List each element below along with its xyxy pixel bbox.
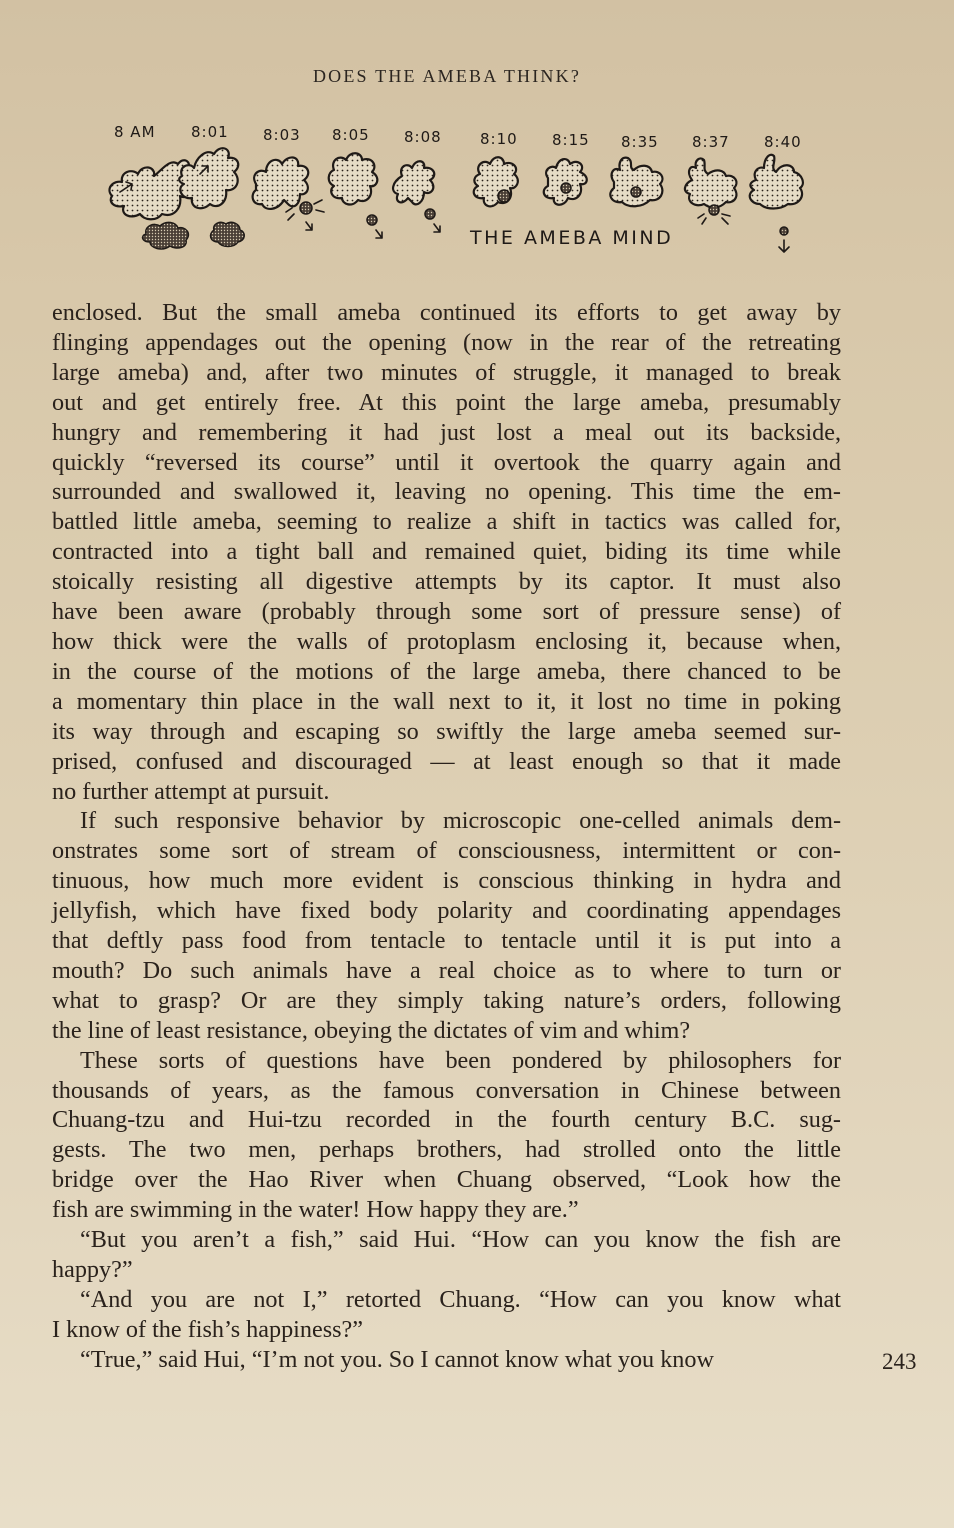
time-label: 8:05 xyxy=(332,126,370,144)
ameba-815 xyxy=(544,159,587,205)
prey-8am xyxy=(143,222,189,249)
text-line: gests. The two men, perhaps brothers, ha… xyxy=(52,1135,841,1165)
time-label: 8:15 xyxy=(552,131,590,149)
ameba-837 xyxy=(685,158,737,207)
text-line: large ameba) and, after two minutes of s… xyxy=(52,358,841,388)
text-line: fish are swimming in the water! How happ… xyxy=(52,1195,841,1225)
text-line: mouth? Do such animals have a real choic… xyxy=(52,956,841,986)
body-text: enclosed. But the small ameba continued … xyxy=(52,298,841,1375)
ameba-805 xyxy=(329,153,378,204)
arrow-icon xyxy=(376,230,382,238)
prey-803 xyxy=(300,202,312,214)
text-line: bridge over the Hao River when Chuang ob… xyxy=(52,1165,841,1195)
paragraph: If such responsive behavior by microscop… xyxy=(52,806,841,1045)
text-line: These sorts of questions have been ponde… xyxy=(52,1046,841,1076)
text-line: onstrates some sort of stream of conscio… xyxy=(52,836,841,866)
ameba-810 xyxy=(474,157,518,206)
time-label: 8:37 xyxy=(692,133,730,151)
text-line: tinuous, how much more evident is consci… xyxy=(52,866,841,896)
text-line: jellyfish, which have fixed body polarit… xyxy=(52,896,841,926)
arrow-icon xyxy=(306,222,312,230)
paragraph: “True,” said Hui, “I’m not you. So I can… xyxy=(52,1345,841,1375)
text-line: its way through and escaping so swiftly … xyxy=(52,717,841,747)
prey-805 xyxy=(367,215,377,225)
running-head: DOES THE AMEBA THINK? xyxy=(0,66,894,87)
time-label: 8:01 xyxy=(191,123,229,141)
text-line: “And you are not I,” retorted Chuang. “H… xyxy=(52,1285,841,1315)
figure-caption: THE AMEBA MIND xyxy=(470,227,673,249)
text-line: out and get entirely free. At this point… xyxy=(52,388,841,418)
text-line: If such responsive behavior by microscop… xyxy=(52,806,841,836)
text-line: no further attempt at pursuit. xyxy=(52,777,841,807)
prey-801 xyxy=(211,222,245,246)
text-line: “True,” said Hui, “I’m not you. So I can… xyxy=(52,1345,841,1375)
page-number: 243 xyxy=(882,1349,917,1375)
text-line: battled little ameba, seeming to realize… xyxy=(52,507,841,537)
ameba-835 xyxy=(610,158,662,207)
paragraph: “But you aren’t a fish,” said Hui. “How … xyxy=(52,1225,841,1285)
time-label: 8:35 xyxy=(621,133,659,151)
time-label: 8:40 xyxy=(764,133,802,151)
text-line: contracted into a tight ball and remaine… xyxy=(52,537,841,567)
ameba-801 xyxy=(179,148,238,208)
text-line: how thick were the walls of protoplasm e… xyxy=(52,627,841,657)
paragraph: enclosed. But the small ameba continued … xyxy=(52,298,841,806)
ameba-803 xyxy=(253,157,309,209)
prey-810 xyxy=(498,190,510,202)
text-line: surrounded and swallowed it, leaving no … xyxy=(52,477,841,507)
arrow-icon xyxy=(779,240,789,252)
prey-837 xyxy=(709,205,719,215)
book-page: DOES THE AMEBA THINK? xyxy=(0,0,954,1528)
text-line: a momentary thin place in the wall next … xyxy=(52,687,841,717)
text-line: what to grasp? Or are they simply taking… xyxy=(52,986,841,1016)
text-line: stoically resisting all digestive attemp… xyxy=(52,567,841,597)
text-line: that deftly pass food from tentacle to t… xyxy=(52,926,841,956)
paragraph: These sorts of questions have been ponde… xyxy=(52,1046,841,1225)
text-line: I know of the fish’s happiness?” xyxy=(52,1315,841,1345)
text-line: “But you aren’t a fish,” said Hui. “How … xyxy=(52,1225,841,1255)
text-line: thousands of years, as the famous conver… xyxy=(52,1076,841,1106)
prey-840 xyxy=(780,227,788,235)
ameba-840 xyxy=(750,155,803,209)
time-label: 8:03 xyxy=(263,126,301,144)
time-label: 8 AM xyxy=(114,123,156,141)
prey-815 xyxy=(561,183,571,193)
text-line: quickly “reversed its course” until it o… xyxy=(52,448,841,478)
text-line: hungry and remembering it had just lost … xyxy=(52,418,841,448)
text-line: happy?” xyxy=(52,1255,841,1285)
time-label: 8:08 xyxy=(404,128,442,146)
prey-835 xyxy=(631,187,641,197)
prey-808 xyxy=(425,209,435,219)
text-line: in the course of the motions of the larg… xyxy=(52,657,841,687)
arrow-icon xyxy=(434,224,440,232)
paragraph: “And you are not I,” retorted Chuang. “H… xyxy=(52,1285,841,1345)
text-line: have been aware (probably through some s… xyxy=(52,597,841,627)
time-label: 8:10 xyxy=(480,130,518,148)
ameba-illustration: 8 AM 8:01 8:03 8:05 8:08 8:10 8:15 8:35 … xyxy=(100,118,820,263)
text-line: the line of least resistance, obeying th… xyxy=(52,1016,841,1046)
ameba-808 xyxy=(393,161,434,204)
text-line: Chuang-tzu and Hui-tzu recorded in the f… xyxy=(52,1105,841,1135)
text-line: prised, confused and discouraged — at le… xyxy=(52,747,841,777)
text-line: flinging appendages out the opening (now… xyxy=(52,328,841,358)
text-line: enclosed. But the small ameba continued … xyxy=(52,298,841,328)
